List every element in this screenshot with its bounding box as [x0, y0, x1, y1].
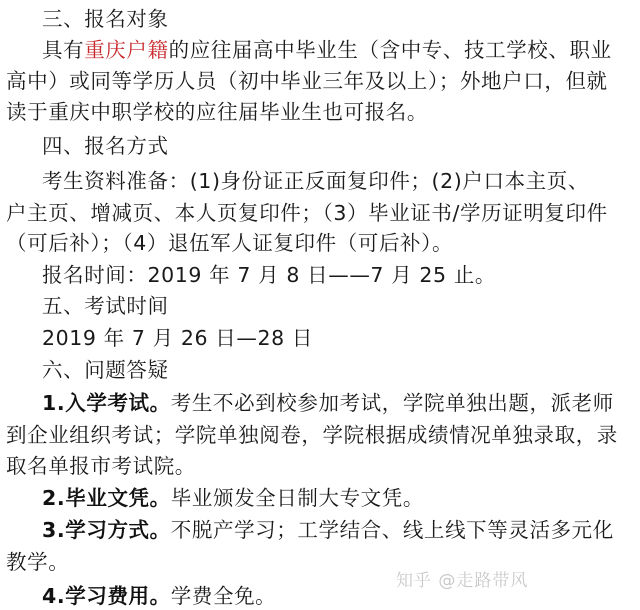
document-page: 三、报名对象 具有重庆户籍的应往届高中毕业生（含中专、技工学校、职业 高中）或同… — [0, 0, 640, 610]
section-6-heading: 六、问题答疑 — [42, 357, 169, 383]
qa-item-3-text: 不脱产学习；工学结合、线上线下等灵活多元化 — [171, 518, 614, 542]
qa-item-3-title: 3.学习方式。 — [42, 518, 171, 542]
qa-item-1-line-3: 取名单报市考试院。 — [6, 453, 196, 479]
qa-item-3-line-1: 3.学习方式。不脱产学习；工学结合、线上线下等灵活多元化 — [42, 517, 614, 543]
qa-item-2-title: 2.毕业文凭。 — [42, 486, 171, 510]
registration-time: 报名时间：2019 年 7 月 8 日——7 月 25 止。 — [42, 262, 496, 288]
section-5-heading: 五、考试时间 — [42, 293, 169, 319]
section-4-paragraph-line-3: （可后补）；（4）退伍军人证复印件（可后补）。 — [6, 230, 453, 256]
text: 具有 — [42, 38, 84, 62]
section-3-paragraph-line-1: 具有重庆户籍的应往届高中毕业生（含中专、技工学校、职业 — [42, 37, 612, 63]
qa-item-1-title: 1.入学考试。 — [42, 391, 171, 415]
section-4-paragraph-line-1: 考生资料准备：(1)身份证正反面复印件；(2)户口本主页、 — [42, 168, 589, 194]
qa-item-4: 4.学习费用。学费全免。 — [42, 583, 276, 609]
section-3-heading: 三、报名对象 — [42, 6, 169, 32]
section-3-paragraph-line-3: 读于重庆中职学校的应往届毕业生也可报名。 — [6, 99, 428, 125]
zhihu-watermark: 知乎 @走路带风 — [396, 566, 528, 591]
qa-item-4-title: 4.学习费用。 — [42, 584, 171, 608]
qa-item-1-text: 考生不必到校参加考试，学院单独出题，派老师 — [171, 391, 614, 415]
qa-item-2-text: 毕业颁发全日制大专文凭。 — [171, 486, 424, 510]
section-4-heading: 四、报名方式 — [42, 133, 169, 159]
highlight-text: 重庆户籍 — [84, 38, 168, 62]
qa-item-3-line-2: 教学。 — [6, 549, 69, 575]
qa-item-1-line-1: 1.入学考试。考生不必到校参加考试，学院单独出题，派老师 — [42, 390, 614, 416]
qa-item-2: 2.毕业文凭。毕业颁发全日制大专文凭。 — [42, 485, 424, 511]
section-4-paragraph-line-2: 户主页、增减页、本人页复印件；（3）毕业证书/学历证明复印件 — [6, 200, 608, 226]
qa-item-4-text: 学费全免。 — [171, 584, 277, 608]
exam-time: 2019 年 7 月 26 日—28 日 — [42, 325, 313, 351]
section-3-paragraph-line-2: 高中）或同等学历人员（初中毕业三年及以上）；外地户口，但就 — [6, 68, 608, 94]
text: 的应往届高中毕业生（含中专、技工学校、职业 — [169, 38, 612, 62]
qa-item-1-line-2: 到企业组织考试；学院单独阅卷，学院根据成绩情况单独录取，录 — [6, 422, 618, 448]
